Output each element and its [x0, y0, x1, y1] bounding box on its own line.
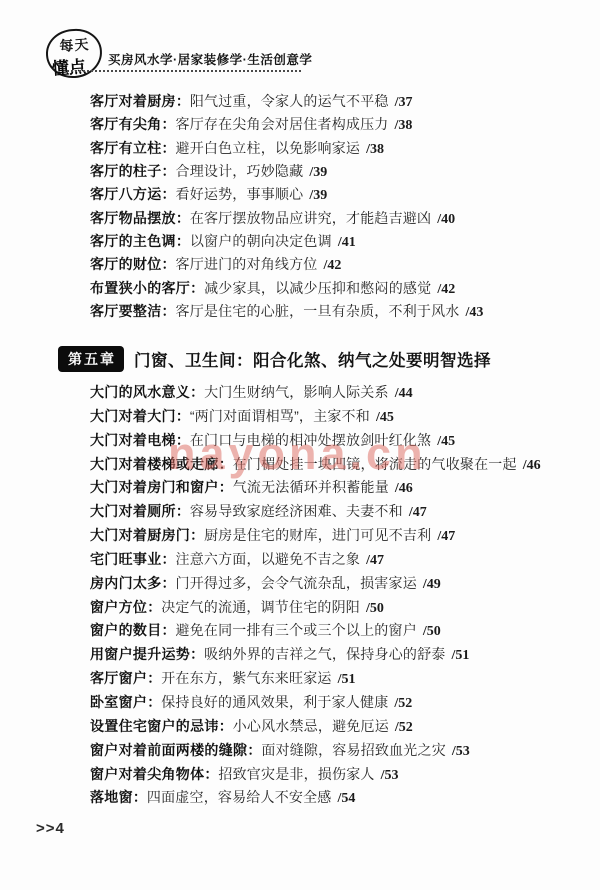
toc-item-desc: 容易导致家庭经济困难、夫妻不和: [190, 503, 403, 519]
toc-item-title: 大门对着大门: [90, 408, 176, 424]
toc-item: 大门的风水意义：大门生财纳气，影响人际关系/44: [90, 381, 580, 405]
toc-item-page-number: /46: [395, 481, 413, 496]
toc-item: 客厅的主色调：以窗户的朝向决定色调/41: [90, 230, 580, 253]
toc-item-desc: 避免在同一排有三个或三个以上的窗户: [176, 622, 417, 638]
toc-item: 窗户的数目：避免在同一排有三个或三个以上的窗户/50: [90, 619, 580, 643]
toc-item-title: 布置狭小的客厅: [90, 280, 190, 296]
toc-item-colon: ：: [162, 186, 176, 202]
toc-item-title: 客厅要整洁: [90, 303, 162, 319]
toc-item: 落地窗：四面虚空，容易给人不安全感/54: [90, 786, 580, 810]
toc-item-page-number: /44: [395, 386, 413, 401]
toc-item-title: 大门对着电梯: [90, 432, 176, 448]
toc-item-desc: 在客厅摆放物品应讲究，才能趋吉避凶: [190, 210, 431, 226]
toc-item-desc: 决定气的流通，调节住宅的阴阳: [161, 599, 360, 615]
toc-item-colon: ：: [162, 575, 176, 591]
toc-item: 大门对着房门和窗户：气流无法循环并积蓄能量/46: [90, 476, 580, 500]
toc-item-desc: 面对缝隙，容易招致血光之灾: [261, 742, 446, 758]
toc-item: 大门对着厨房门：厨房是住宅的财库，进门可见不吉利/47: [90, 524, 580, 548]
toc-item-page-number: /39: [309, 165, 327, 180]
toc-item-colon: ：: [162, 551, 176, 567]
toc-item-page-number: /51: [452, 648, 470, 663]
toc-item-page-number: /53: [381, 768, 399, 783]
toc-item: 客厅八方运：看好运势，事事顺心/39: [90, 183, 580, 206]
toc-list-chapter5: 大门的风水意义：大门生财纳气，影响人际关系/44 大门对着大门：“两门对面谓相骂…: [90, 381, 580, 810]
toc-item-title: 客厅的柱子: [90, 163, 162, 179]
toc-item-title: 窗户的数目: [90, 622, 162, 638]
toc-item-page-number: /39: [309, 188, 327, 203]
toc-item-desc: 吸纳外界的吉祥之气，保持身心的舒泰: [204, 646, 445, 662]
toc-item-colon: ：: [190, 527, 204, 543]
toc-item: 客厅有立柱：避开白色立柱，以免影响家运/38: [90, 137, 580, 160]
toc-item-desc: 阳气过重，令家人的运气不平稳: [190, 93, 389, 109]
toc-item-page-number: /50: [423, 624, 441, 639]
toc-item-colon: ：: [204, 766, 218, 782]
chapter-heading: 第五章 门窗、卫生间：阳合化煞、纳气之处要明智选择: [58, 346, 491, 372]
toc-item: 客厅的财位：客厅进门的对角线方位/42: [90, 253, 580, 276]
toc-item-title: 客厅的财位: [90, 256, 162, 272]
toc-item-desc: 注意六方面，以避免不吉之象: [176, 551, 361, 567]
toc-item-page-number: /46: [523, 458, 541, 473]
toc-item: 大门对着楼梯或走廊：在门楣处挂一块凹镜，将流走的气收聚在一起/46: [90, 453, 580, 477]
toc-item-colon: ：: [133, 789, 147, 805]
toc-item-desc: 客厅是住宅的心脏，一旦有杂质，不利于风水: [176, 303, 460, 319]
toc-item-colon: ：: [190, 280, 204, 296]
toc-item-desc: 大门生财纳气，影响人际关系: [204, 384, 389, 400]
toc-item-page-number: /38: [366, 142, 384, 157]
toc-item-desc: 四面虚空，容易给人不安全感: [147, 789, 332, 805]
toc-item-page-number: /51: [338, 672, 356, 687]
toc-item-title: 房内门太多: [90, 575, 162, 591]
toc-item-desc: 客厅进门的对角线方位: [176, 256, 318, 272]
toc-list-living-room: 客厅对着厨房：阳气过重，令家人的运气不平稳/37 客厅有尖角：客厅存在尖角会对居…: [90, 90, 580, 323]
toc-item-page-number: /54: [338, 791, 356, 806]
toc-item-title: 设置住宅窗户的忌讳: [90, 718, 219, 734]
toc-item-colon: ：: [176, 408, 190, 424]
toc-item-title: 窗户对着尖角物体: [90, 766, 204, 782]
toc-item-colon: ：: [162, 256, 176, 272]
toc-item-colon: ：: [176, 210, 190, 226]
toc-item-colon: ：: [147, 599, 161, 615]
toc-item-page-number: /42: [437, 282, 455, 297]
toc-item: 客厅的柱子：合理设计，巧妙隐藏/39: [90, 160, 580, 183]
toc-item-page-number: /52: [394, 696, 412, 711]
toc-item-page-number: /42: [324, 258, 342, 273]
toc-item-colon: ：: [190, 646, 204, 662]
toc-item-desc: 招致官灾是非，损伤家人: [218, 766, 374, 782]
toc-item-colon: ：: [147, 694, 161, 710]
toc-item-title: 客厅有尖角: [90, 116, 162, 132]
toc-item-colon: ：: [176, 503, 190, 519]
toc-item-desc: 避开白色立柱，以免影响家运: [176, 140, 361, 156]
toc-item-colon: ：: [147, 670, 161, 686]
toc-item-page-number: /53: [452, 744, 470, 759]
toc-item-colon: ：: [176, 93, 190, 109]
toc-item: 窗户方位：决定气的流通，调节住宅的阴阳/50: [90, 596, 580, 620]
page-number: >>4: [36, 820, 65, 837]
toc-item-desc: 小心风水禁忌，避免厄运: [233, 718, 389, 734]
toc-item-desc: 看好运势，事事顺心: [176, 186, 304, 202]
toc-item-title: 窗户对着前面两楼的缝隙: [90, 742, 247, 758]
toc-item-desc: 厨房是住宅的财库，进门可见不吉利: [204, 527, 431, 543]
toc-item-title: 落地窗: [90, 789, 133, 805]
toc-item-desc: 在门口与电梯的相冲处摆放剑叶红化煞: [190, 432, 431, 448]
toc-item-page-number: /47: [409, 505, 427, 520]
toc-item-title: 客厅窗户: [90, 670, 147, 686]
book-toc-page: 每天 懂点 买房风水学·居家装修学·生活创意学 客厅对着厨房：阳气过重，令家人的…: [0, 0, 600, 890]
toc-item-desc: 客厅存在尖角会对居住者构成压力: [176, 116, 389, 132]
toc-item-title: 宅门旺事业: [90, 551, 162, 567]
toc-item-title: 窗户方位: [90, 599, 147, 615]
toc-item-colon: ：: [162, 140, 176, 156]
toc-item-colon: ：: [219, 718, 233, 734]
toc-item-page-number: /40: [437, 212, 455, 227]
toc-item-colon: ：: [162, 163, 176, 179]
toc-item-desc: 气流无法循环并积蓄能量: [233, 479, 389, 495]
toc-item-desc: 以窗户的朝向决定色调: [190, 233, 332, 249]
toc-item-desc: 保持良好的通风效果，利于家人健康: [161, 694, 388, 710]
toc-item-desc: 在门楣处挂一块凹镜，将流走的气收聚在一起: [233, 456, 517, 472]
toc-item: 宅门旺事业：注意六方面，以避免不吉之象/47: [90, 548, 580, 572]
toc-item: 大门对着厕所：容易导致家庭经济困难、夫妻不和/47: [90, 500, 580, 524]
dotted-divider: [67, 58, 301, 72]
toc-item: 窗户对着尖角物体：招致官灾是非，损伤家人/53: [90, 763, 580, 787]
toc-item-colon: ：: [219, 479, 233, 495]
toc-item-title: 卧室窗户: [90, 694, 147, 710]
toc-item: 设置住宅窗户的忌讳：小心风水禁忌，避免厄运/52: [90, 715, 580, 739]
toc-item-title: 客厅八方运: [90, 186, 162, 202]
toc-item: 卧室窗户：保持良好的通风效果，利于家人健康/52: [90, 691, 580, 715]
toc-item: 客厅对着厨房：阳气过重，令家人的运气不平稳/37: [90, 90, 580, 113]
toc-item-page-number: /41: [338, 235, 356, 250]
toc-item-title: 大门的风水意义: [90, 384, 190, 400]
toc-item-desc: 减少家具，以减少压抑和憋闷的感觉: [204, 280, 431, 296]
toc-item: 大门对着大门：“两门对面谓相骂”，主家不和/45: [90, 405, 580, 429]
toc-item-title: 大门对着楼梯或走廊: [90, 456, 219, 472]
toc-item: 大门对着电梯：在门口与电梯的相冲处摆放剑叶红化煞/45: [90, 429, 580, 453]
chapter-badge: 第五章: [58, 346, 124, 372]
toc-item-title: 客厅物品摆放: [90, 210, 176, 226]
toc-item: 窗户对着前面两楼的缝隙：面对缝隙，容易招致血光之灾/53: [90, 739, 580, 763]
toc-item-title: 大门对着厨房门: [90, 527, 190, 543]
toc-item-title: 客厅对着厨房: [90, 93, 176, 109]
toc-item-desc: 合理设计，巧妙隐藏: [176, 163, 304, 179]
toc-item-page-number: /37: [395, 95, 413, 110]
toc-item-page-number: /47: [437, 529, 455, 544]
toc-item-colon: ：: [247, 742, 261, 758]
toc-item-desc: 门开得过多，会令气流杂乱，损害家运: [176, 575, 417, 591]
toc-item: 房内门太多：门开得过多，会令气流杂乱，损害家运/49: [90, 572, 580, 596]
toc-item-title: 大门对着房门和窗户: [90, 479, 219, 495]
toc-item-colon: ：: [176, 432, 190, 448]
toc-item: 客厅物品摆放：在客厅摆放物品应讲究，才能趋吉避凶/40: [90, 207, 580, 230]
chapter-title: 门窗、卫生间：阳合化煞、纳气之处要明智选择: [134, 347, 491, 371]
toc-item-colon: ：: [176, 233, 190, 249]
toc-item-page-number: /49: [423, 577, 441, 592]
toc-item: 布置狭小的客厅：减少家具，以减少压抑和憋闷的感觉/42: [90, 277, 580, 300]
toc-item-colon: ：: [190, 384, 204, 400]
toc-item-colon: ：: [162, 622, 176, 638]
toc-item-page-number: /43: [466, 305, 484, 320]
toc-item: 客厅窗户：开在东方，紫气东来旺家运/51: [90, 667, 580, 691]
toc-item-page-number: /45: [437, 434, 455, 449]
toc-item-title: 用窗户提升运势: [90, 646, 190, 662]
toc-item-colon: ：: [162, 303, 176, 319]
toc-item-title: 大门对着厕所: [90, 503, 176, 519]
toc-item-page-number: /45: [376, 410, 394, 425]
toc-item: 客厅有尖角：客厅存在尖角会对居住者构成压力/38: [90, 113, 580, 136]
toc-item: 用窗户提升运势：吸纳外界的吉祥之气，保持身心的舒泰/51: [90, 643, 580, 667]
toc-item-colon: ：: [162, 116, 176, 132]
toc-item-page-number: /52: [395, 720, 413, 735]
toc-item-colon: ：: [219, 456, 233, 472]
toc-item-page-number: /50: [366, 601, 384, 616]
toc-item-page-number: /38: [395, 118, 413, 133]
toc-item-desc: “两门对面谓相骂”，主家不和: [190, 408, 370, 424]
toc-item-desc: 开在东方，紫气东来旺家运: [161, 670, 331, 686]
toc-item-title: 客厅的主色调: [90, 233, 176, 249]
toc-item: 客厅要整洁：客厅是住宅的心脏，一旦有杂质，不利于风水/43: [90, 300, 580, 323]
toc-item-page-number: /47: [366, 553, 384, 568]
toc-item-title: 客厅有立柱: [90, 140, 162, 156]
